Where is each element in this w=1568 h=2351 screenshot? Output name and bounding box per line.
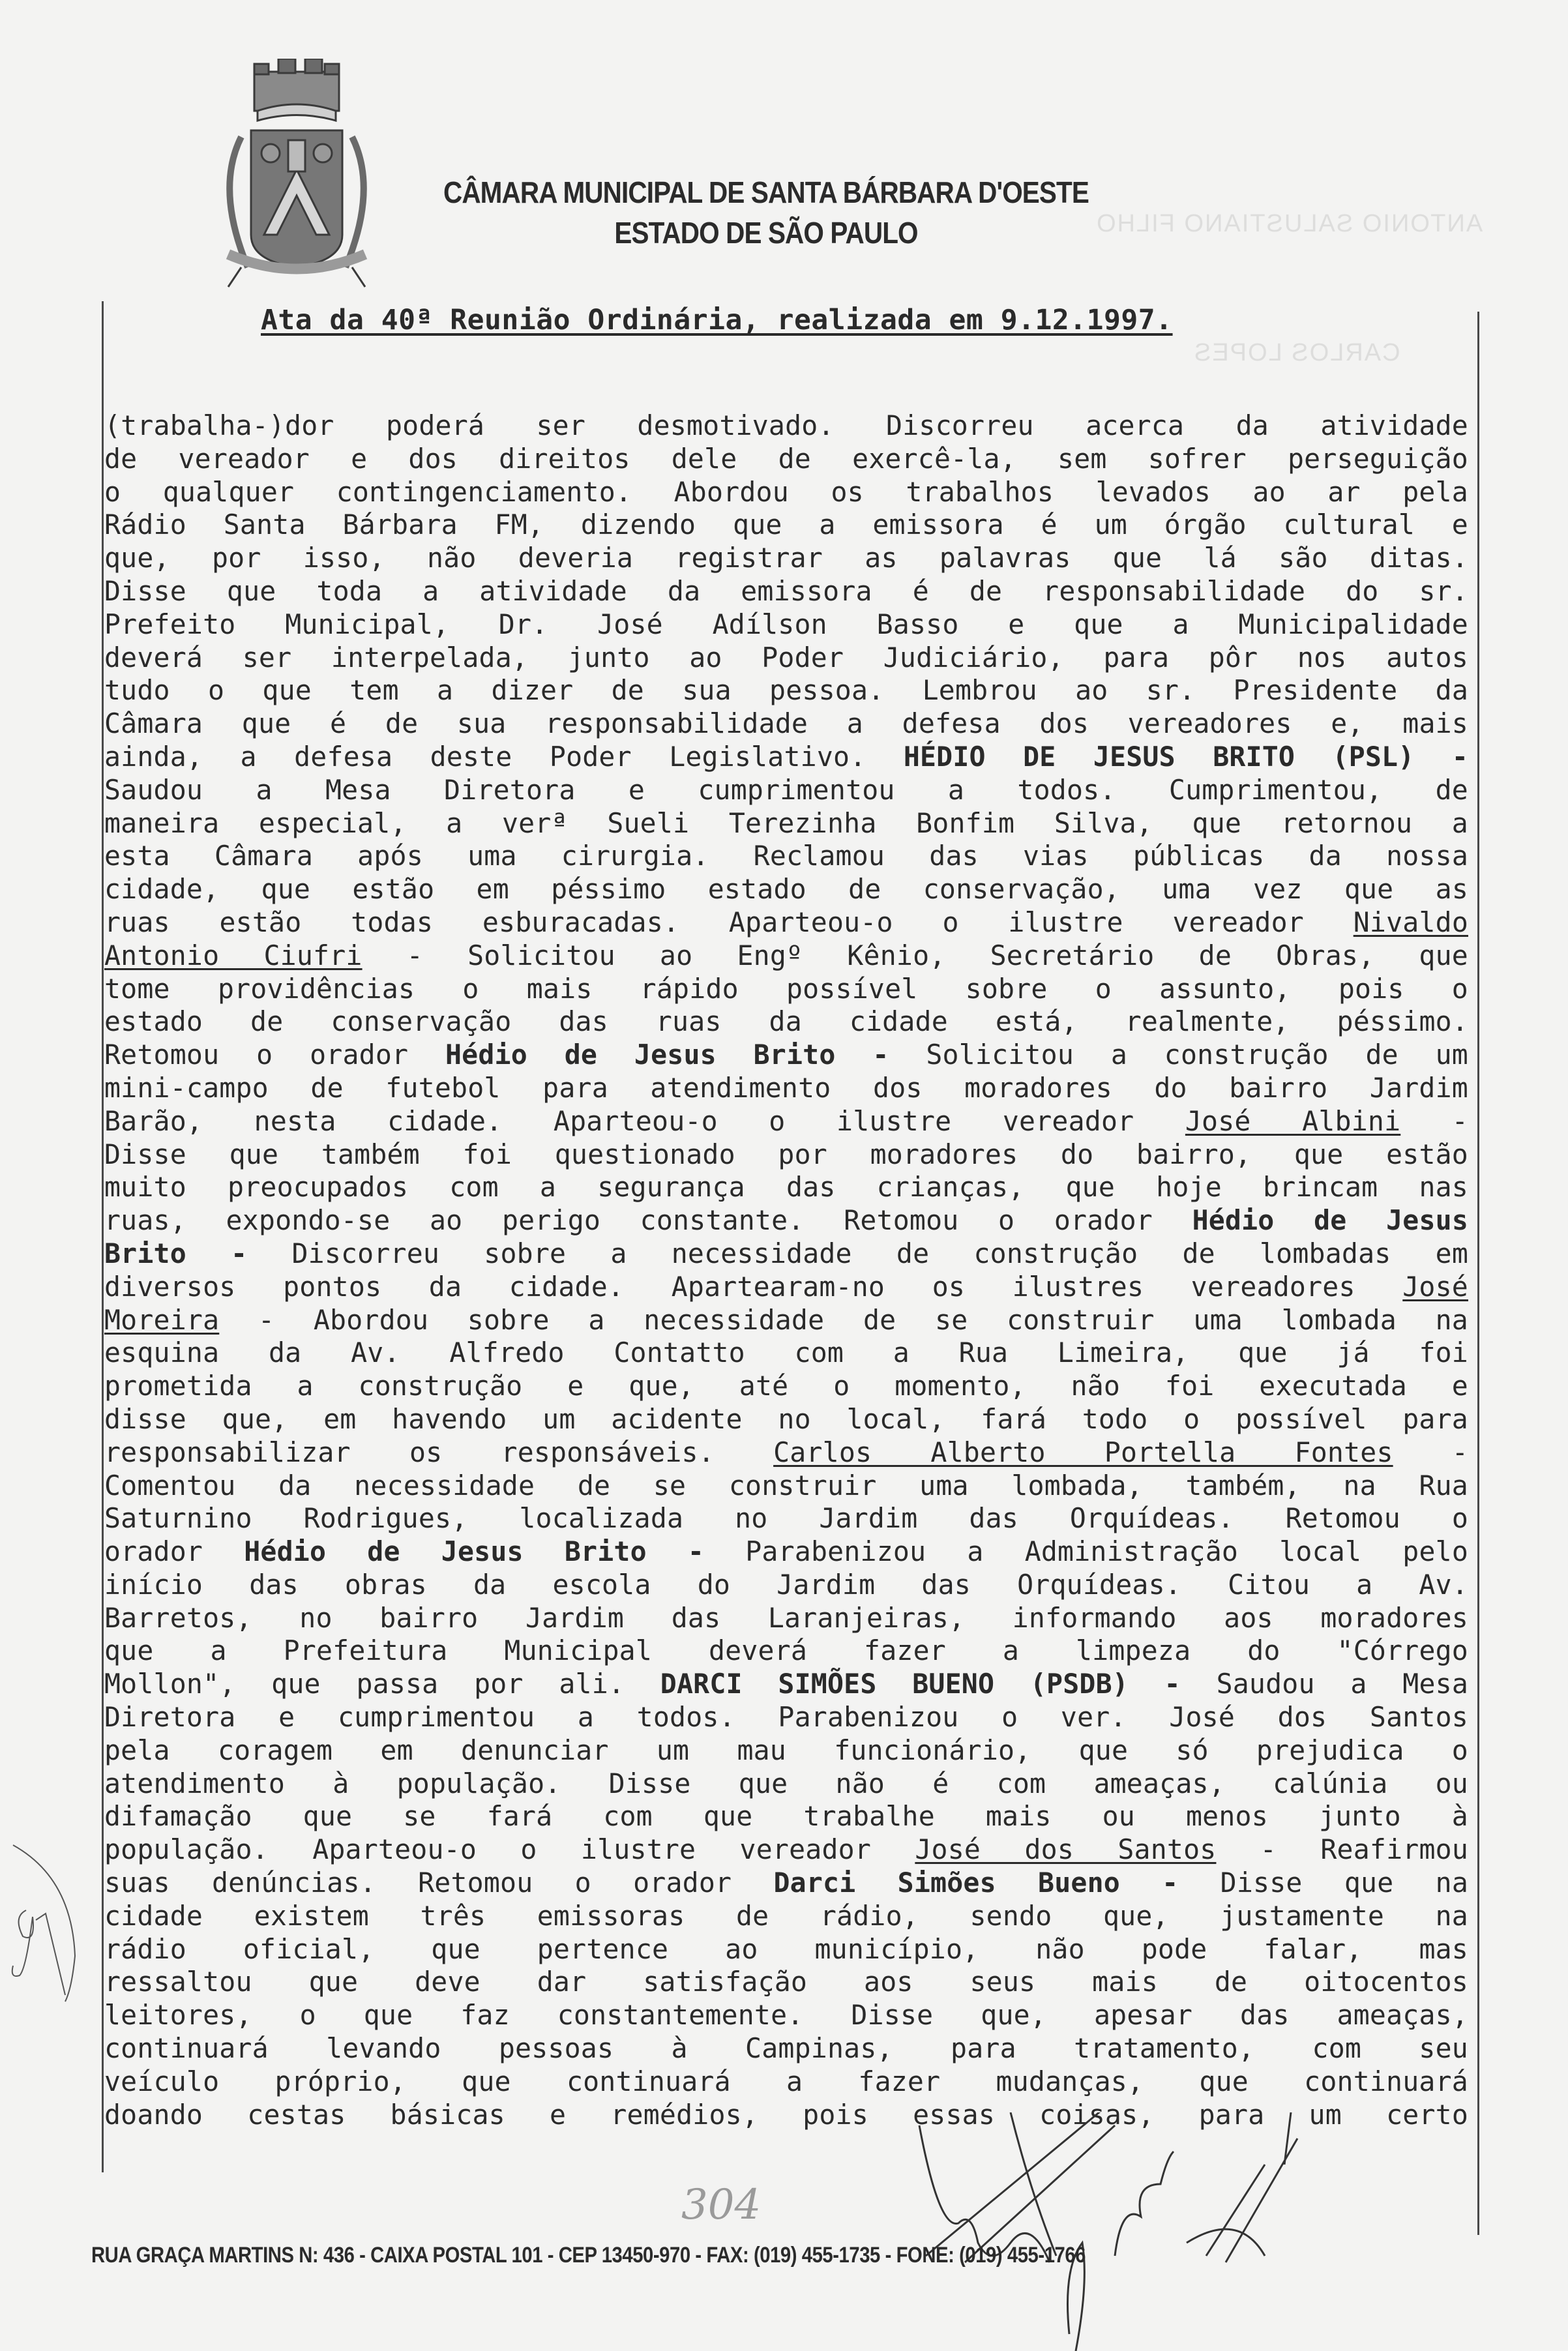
text-line: Antonio Ciufri - Solicitou ao Engº Kênio…: [104, 939, 1468, 973]
text-line: Disse que toda a atividade da emissora é…: [104, 575, 1468, 608]
text-segment: Saturnino Rodrigues, localizada no Jardi…: [104, 1502, 1468, 1534]
text-line: Retomou o orador Hédio de Jesus Brito - …: [104, 1039, 1468, 1072]
handwritten-page-number: 304: [681, 2181, 761, 2229]
text-line: Barão, nesta cidade. Aparteou-o o ilustr…: [104, 1105, 1468, 1138]
text-segment: (trabalha-)dor poderá ser desmotivado. D…: [104, 409, 1468, 441]
text-segment: pela coragem em denunciar um mau funcion…: [104, 1734, 1468, 1766]
text-segment: maneira especial, a verª Sueli Terezinha…: [104, 807, 1468, 839]
text-segment: estado de conservação das ruas da cidade…: [104, 1005, 1468, 1037]
text-segment: - Abordou sobre a necessidade de se cons…: [219, 1304, 1468, 1336]
text-line: ainda, a defesa deste Poder Legislativo.…: [104, 741, 1468, 774]
text-line: estado de conservação das ruas da cidade…: [104, 1005, 1468, 1039]
text-segment: início das obras da escola do Jardim das…: [104, 1569, 1468, 1601]
aparte-speaker-name: Moreira: [104, 1304, 219, 1336]
aparte-speaker-name: José Albini: [1185, 1105, 1400, 1137]
text-line: rádio oficial, que pertence ao município…: [104, 1933, 1468, 1966]
text-segment: disse que, em havendo um acidente no loc…: [104, 1403, 1468, 1435]
bleedthrough-text: ANTONIO SALUSTIANO FILHO: [1095, 210, 1483, 238]
text-line: Moreira - Abordou sobre a necessidade de…: [104, 1304, 1468, 1337]
speaker-name: Hédio de Jesus Brito -: [244, 1535, 704, 1567]
text-line: ruas estão todas esburacadas. Aparteou-o…: [104, 906, 1468, 939]
text-line: Prefeito Municipal, Dr. José Adílson Bas…: [104, 608, 1468, 642]
text-line: prometida a construção e que, até o mome…: [104, 1370, 1468, 1403]
frame-border-left: [102, 301, 104, 2172]
text-segment: doando cestas básicas e remédios, pois e…: [104, 2099, 1468, 2131]
text-segment: - Reafirmou: [1216, 1833, 1468, 1865]
signatures: [900, 2112, 1487, 2351]
text-line: Disse que também foi questionado por mor…: [104, 1138, 1468, 1172]
text-line: tome providências o mais rápido possível…: [104, 973, 1468, 1006]
text-line: Brito - Discorreu sobre a necessidade de…: [104, 1237, 1468, 1271]
text-segment: difamação que se fará com que trabalhe m…: [104, 1800, 1468, 1832]
text-line: cidade, que estão em péssimo estado de c…: [104, 873, 1468, 906]
speaker-name: HÉDIO DE JESUS BRITO (PSL) -: [904, 741, 1468, 773]
text-segment: Parabenizou a Administração local pelo: [704, 1535, 1468, 1567]
text-line: que, por isso, não deveria registrar as …: [104, 542, 1468, 575]
text-segment: que, por isso, não deveria registrar as …: [104, 542, 1468, 574]
text-segment: Comentou da necessidade de se construir …: [104, 1470, 1468, 1501]
text-line: Câmara que é de sua responsabilidade a d…: [104, 707, 1468, 741]
text-line: deverá ser interpelada, junto ao Poder J…: [104, 642, 1468, 675]
document-title: Ata da 40ª Reunião Ordinária, realizada …: [261, 304, 1173, 336]
text-line: Comentou da necessidade de se construir …: [104, 1470, 1468, 1503]
text-line: doando cestas básicas e remédios, pois e…: [104, 2099, 1468, 2132]
text-segment: leitores, o que faz constantemente. Diss…: [104, 1999, 1468, 2031]
text-line: veículo próprio, que continuará a fazer …: [104, 2065, 1468, 2099]
text-line: responsabilizar os responsáveis. Carlos …: [104, 1436, 1468, 1470]
text-segment: Disse que também foi questionado por mor…: [104, 1138, 1468, 1170]
text-segment: Diretora e cumprimentou a todos. Paraben…: [104, 1701, 1468, 1733]
text-line: Diretora e cumprimentou a todos. Paraben…: [104, 1701, 1468, 1734]
text-segment: Barão, nesta cidade. Aparteou-o o ilustr…: [104, 1105, 1185, 1137]
text-segment: população. Aparteou-o o ilustre vereador: [104, 1833, 915, 1865]
text-segment: ressaltou que deve dar satisfação aos se…: [104, 1966, 1468, 1998]
text-line: tudo o que tem a dizer de sua pessoa. Le…: [104, 674, 1468, 707]
text-line: leitores, o que faz constantemente. Diss…: [104, 1999, 1468, 2032]
speaker-name: Darci Simões Bueno -: [773, 1867, 1178, 1899]
text-segment: Mollon", que passa por ali.: [104, 1668, 660, 1700]
margin-initials-signature: [0, 1839, 91, 2008]
institution-name: CÂMARA MUNICIPAL DE SANTA BÁRBARA D'OEST…: [221, 175, 1311, 210]
text-line: ruas, expondo-se ao perigo constante. Re…: [104, 1204, 1468, 1237]
text-line: mini-campo de futebol para atendimento d…: [104, 1072, 1468, 1105]
text-line: esquina da Av. Alfredo Contatto com a Ru…: [104, 1337, 1468, 1370]
text-segment: o qualquer contingenciamento. Abordou os…: [104, 476, 1468, 508]
text-segment: esquina da Av. Alfredo Contatto com a Ru…: [104, 1337, 1468, 1368]
text-segment: Discorreu sobre a necessidade de constru…: [247, 1237, 1468, 1269]
text-line: atendimento à população. Disse que não é…: [104, 1767, 1468, 1801]
text-line: Saturnino Rodrigues, localizada no Jardi…: [104, 1502, 1468, 1535]
text-segment: muito preocupados com a segurança das cr…: [104, 1171, 1468, 1203]
text-line: maneira especial, a verª Sueli Terezinha…: [104, 807, 1468, 840]
text-line: disse que, em havendo um acidente no loc…: [104, 1403, 1468, 1436]
text-line: esta Câmara após uma cirurgia. Reclamou …: [104, 840, 1468, 873]
footer-address: RUA GRAÇA MARTINS N: 436 - CAIXA POSTAL …: [91, 2243, 1286, 2268]
text-segment: tome providências o mais rápido possível…: [104, 973, 1468, 1005]
text-segment: ruas, expondo-se ao perigo constante. Re…: [104, 1204, 1192, 1236]
text-line: (trabalha-)dor poderá ser desmotivado. D…: [104, 409, 1468, 443]
text-segment: Disse que toda a atividade da emissora é…: [104, 575, 1468, 607]
text-line: orador Hédio de Jesus Brito - Parabenizo…: [104, 1535, 1468, 1569]
text-segment: diversos pontos da cidade. Apartearam-no…: [104, 1271, 1402, 1303]
text-segment: - Solicitou ao Engº Kênio, Secretário de…: [362, 939, 1468, 971]
text-segment: que a Prefeitura Municipal deverá fazer …: [104, 1634, 1468, 1666]
text-line: cidade existem três emissoras de rádio, …: [104, 1900, 1468, 1933]
aparte-speaker-name: José: [1402, 1271, 1468, 1303]
text-line: início das obras da escola do Jardim das…: [104, 1569, 1468, 1602]
text-line: ressaltou que deve dar satisfação aos se…: [104, 1966, 1468, 1999]
text-segment: deverá ser interpelada, junto ao Poder J…: [104, 642, 1468, 673]
text-segment: Disse que na: [1178, 1867, 1468, 1899]
text-segment: tudo o que tem a dizer de sua pessoa. Le…: [104, 674, 1468, 706]
aparte-speaker-name: Carlos Alberto Portella Fontes: [773, 1436, 1393, 1468]
text-segment: -: [1400, 1105, 1468, 1137]
text-segment: -: [1393, 1436, 1468, 1468]
text-segment: atendimento à população. Disse que não é…: [104, 1767, 1468, 1799]
speaker-name: Brito -: [104, 1237, 247, 1269]
text-segment: esta Câmara após uma cirurgia. Reclamou …: [104, 840, 1468, 872]
text-segment: mini-campo de futebol para atendimento d…: [104, 1072, 1468, 1104]
text-segment: rádio oficial, que pertence ao município…: [104, 1933, 1468, 1965]
aparte-speaker-name: Nivaldo: [1354, 906, 1468, 938]
text-line: de vereador e dos direitos dele de exerc…: [104, 443, 1468, 476]
text-line: que a Prefeitura Municipal deverá fazer …: [104, 1634, 1468, 1668]
text-line: Mollon", que passa por ali. DARCI SIMÕES…: [104, 1668, 1468, 1701]
text-segment: Saudou a Mesa Diretora e cumprimentou a …: [104, 774, 1468, 806]
text-segment: de vereador e dos direitos dele de exerc…: [104, 443, 1468, 475]
text-segment: continuará levando pessoas à Campinas, p…: [104, 2032, 1468, 2064]
text-line: o qualquer contingenciamento. Abordou os…: [104, 476, 1468, 509]
speaker-name: DARCI SIMÕES BUENO (PSDB) -: [660, 1668, 1181, 1700]
bleedthrough-text: CARLOS LOPES: [1193, 339, 1400, 367]
text-segment: ainda, a defesa deste Poder Legislativo.: [104, 741, 904, 773]
text-line: Barretos, no bairro Jardim das Laranjeir…: [104, 1602, 1468, 1635]
text-segment: cidade, que estão em péssimo estado de c…: [104, 873, 1468, 905]
frame-border-right: [1477, 312, 1479, 2235]
text-segment: veículo próprio, que continuará a fazer …: [104, 2065, 1468, 2097]
aparte-speaker-name: José dos Santos: [915, 1833, 1216, 1865]
text-segment: Retomou o orador: [104, 1039, 445, 1071]
text-segment: Solicitou a construção de um: [889, 1039, 1468, 1071]
text-line: suas denúncias. Retomou o orador Darci S…: [104, 1867, 1468, 1900]
text-line: muito preocupados com a segurança das cr…: [104, 1171, 1468, 1204]
speaker-name: Hédio de Jesus Brito -: [445, 1039, 889, 1071]
text-segment: Prefeito Municipal, Dr. José Adílson Bas…: [104, 608, 1468, 640]
text-segment: prometida a construção e que, até o mome…: [104, 1370, 1468, 1402]
text-line: Rádio Santa Bárbara FM, dizendo que a em…: [104, 509, 1468, 542]
text-line: continuará levando pessoas à Campinas, p…: [104, 2032, 1468, 2065]
text-segment: Saudou a Mesa: [1181, 1668, 1468, 1700]
speaker-name: Hédio de Jesus: [1192, 1204, 1468, 1236]
text-segment: ruas estão todas esburacadas. Aparteou-o…: [104, 906, 1354, 938]
minutes-body: (trabalha-)dor poderá ser desmotivado. D…: [104, 409, 1468, 2131]
text-segment: orador: [104, 1535, 244, 1567]
text-line: população. Aparteou-o o ilustre vereador…: [104, 1833, 1468, 1867]
aparte-speaker-name: Antonio Ciufri: [104, 939, 362, 971]
text-segment: Barretos, no bairro Jardim das Laranjeir…: [104, 1602, 1468, 1634]
text-line: Saudou a Mesa Diretora e cumprimentou a …: [104, 774, 1468, 807]
text-line: diversos pontos da cidade. Apartearam-no…: [104, 1271, 1468, 1304]
text-line: difamação que se fará com que trabalhe m…: [104, 1800, 1468, 1833]
text-segment: Câmara que é de sua responsabilidade a d…: [104, 707, 1468, 739]
text-segment: responsabilizar os responsáveis.: [104, 1436, 773, 1468]
text-segment: suas denúncias. Retomou o orador: [104, 1867, 773, 1899]
text-line: pela coragem em denunciar um mau funcion…: [104, 1734, 1468, 1767]
text-segment: cidade existem três emissoras de rádio, …: [104, 1900, 1468, 1932]
text-segment: Rádio Santa Bárbara FM, dizendo que a em…: [104, 509, 1468, 540]
